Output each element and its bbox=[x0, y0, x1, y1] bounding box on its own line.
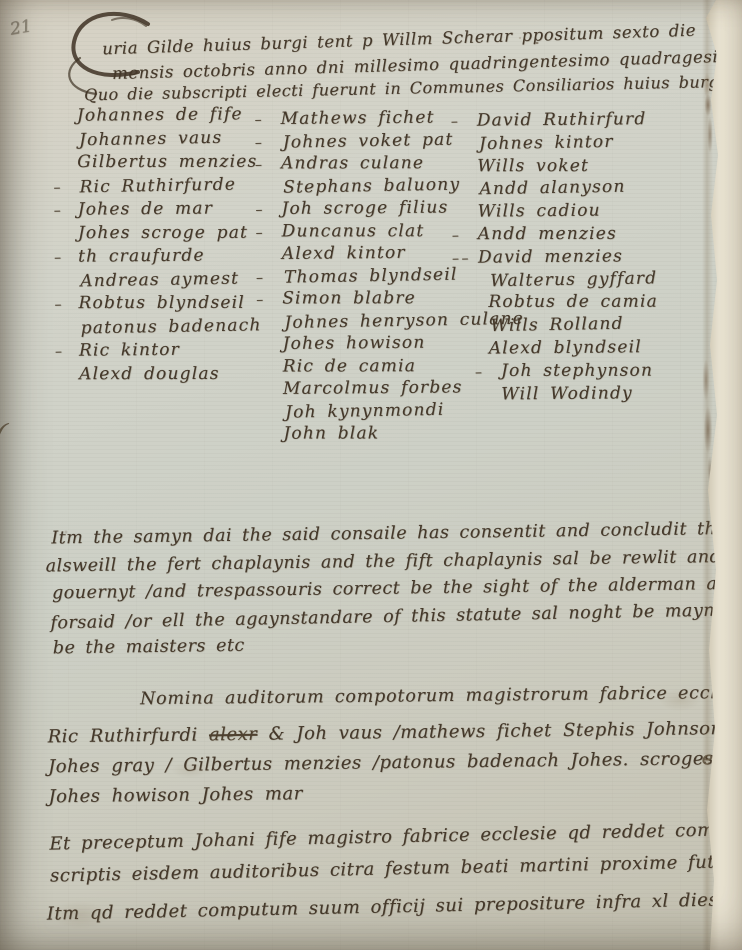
margin-dash: – bbox=[54, 250, 78, 266]
councillor-row: Wills cadiou bbox=[452, 200, 648, 225]
councillor-name: Stephans baluony bbox=[283, 174, 460, 197]
councillor-name: Joh scroge filius bbox=[281, 197, 448, 218]
councillor-name: Walterus gyffard bbox=[490, 268, 657, 291]
councillor-name: Johes howison bbox=[282, 333, 425, 354]
councillor-row: Robtus de camia bbox=[462, 291, 658, 316]
councillor-name: Simon blabre bbox=[282, 288, 416, 308]
margin-dash: – – bbox=[452, 250, 478, 266]
councillor-name: Joh kynynmondi bbox=[285, 399, 445, 422]
councillor-row: Wills voket bbox=[451, 155, 647, 180]
councillor-row: Alexd douglas bbox=[55, 363, 260, 388]
councillor-name: Alexd blyndseil bbox=[489, 337, 642, 358]
councillor-row: – Johes de mar bbox=[54, 198, 259, 223]
councillor-row: – Ric kintor bbox=[55, 339, 260, 364]
councillor-row: Johnes kintor bbox=[451, 132, 647, 157]
councillor-row: Alexd blyndseil bbox=[463, 337, 659, 362]
margin-dash: – bbox=[475, 364, 501, 380]
margin-dash: – bbox=[255, 112, 281, 128]
councillor-name: Thomas blyndseil bbox=[284, 264, 458, 287]
margin-dash: – bbox=[255, 157, 281, 173]
councillor-column-3: – David Ruthirfurd Johnes kintor Wills v… bbox=[451, 109, 649, 407]
councillor-name: Duncanus clat bbox=[282, 221, 425, 241]
councillor-name: Johnes kintor bbox=[479, 132, 614, 154]
councillor-row: – – David menzies bbox=[452, 246, 648, 271]
councillor-name: Robtus blyndseil bbox=[78, 293, 244, 313]
councillor-row: John blak bbox=[257, 422, 523, 447]
auditors-heading: Nomina auditorum compotorum magistrorum … bbox=[140, 683, 742, 709]
torn-page-edge bbox=[702, 0, 742, 950]
councillor-row: patonus badenach bbox=[55, 316, 260, 341]
councillor-name: Ric de camia bbox=[283, 356, 416, 376]
margin-dash: – bbox=[256, 224, 282, 240]
councillor-name: Johannes vaus bbox=[79, 127, 223, 149]
manuscript-photo: 21 uria Gilde huius burgi tent p Willm S… bbox=[0, 0, 742, 950]
councillor-name: David Ruthirfurd bbox=[477, 109, 647, 130]
margin-dash: – bbox=[53, 179, 77, 195]
struck-word: alexr bbox=[209, 724, 258, 746]
councillor-name: Johes scroge pat bbox=[78, 222, 248, 242]
margin-dash: – bbox=[255, 202, 281, 218]
folio-number: 21 bbox=[8, 16, 33, 39]
councillor-name: Johes de mar bbox=[78, 199, 213, 220]
councillor-row: – David Ruthirfurd bbox=[451, 109, 647, 134]
councillor-name: David menzies bbox=[478, 246, 623, 267]
councillor-name: Andd menzies bbox=[478, 224, 617, 244]
margin-dash: – bbox=[54, 203, 78, 219]
councillor-row: – Andd menzies bbox=[452, 223, 648, 248]
councillor-name: Wills voket bbox=[477, 156, 589, 176]
councillor-name: Robtus de camia bbox=[488, 292, 658, 312]
councillor-name: Andd alanyson bbox=[479, 177, 625, 200]
councillor-name: Andreas aymest bbox=[80, 268, 239, 291]
councillor-name: Ric kintor bbox=[79, 340, 180, 361]
councillor-name: Gilbertus menzies bbox=[77, 152, 257, 172]
councillor-name: patonus badenach bbox=[81, 315, 262, 338]
councillor-row: Will Wodindy bbox=[475, 383, 671, 408]
councillor-name: Wills cadiou bbox=[478, 201, 601, 222]
councillor-row: – Ric Ruthirfurde bbox=[53, 175, 258, 200]
councillor-row: Johannes vaus bbox=[53, 128, 258, 153]
councillor-name: Mathews fichet bbox=[281, 108, 435, 129]
councillor-row: Andd alanyson bbox=[451, 178, 647, 203]
councillor-row: Johannes de fife bbox=[53, 104, 258, 129]
councillor-row: Andreas aymest bbox=[54, 269, 259, 294]
councillor-row: – Robtus blyndseil bbox=[54, 292, 259, 317]
councillor-row: Wills Rolland bbox=[463, 314, 659, 339]
statute-paragraph: Itm the samyn dai the said consaile has … bbox=[51, 515, 742, 663]
councillor-row: Walterus gyffard bbox=[462, 269, 658, 294]
margin-dash: – bbox=[256, 269, 282, 285]
margin-dash: – bbox=[451, 114, 477, 130]
councillor-row: Johes scroge pat bbox=[54, 222, 259, 247]
councillor-name: Alexd kintor bbox=[282, 243, 406, 264]
councillor-name: Ric Ruthirfurde bbox=[79, 174, 236, 197]
auditors-paragraph: Ric Ruthirfurdi alexr & Joh vaus /mathew… bbox=[47, 714, 742, 813]
councillor-name: th craufurde bbox=[78, 246, 205, 267]
auditors-line-1-pre: Ric Ruthirfurdi bbox=[48, 724, 210, 747]
councillor-name: Will Wodindy bbox=[501, 383, 633, 404]
councillor-name: Joh stephynson bbox=[501, 360, 653, 380]
councillor-name: Johannes de fife bbox=[77, 104, 243, 125]
councillor-row: – th craufurde bbox=[54, 245, 259, 270]
margin-dash: – bbox=[255, 134, 281, 150]
councillor-row: – Joh stephynson bbox=[475, 360, 671, 385]
left-edge-pen-mark: ( bbox=[0, 417, 10, 449]
councillor-name: Wills Rolland bbox=[490, 314, 623, 336]
councillor-row: Gilbertus menzies bbox=[53, 151, 258, 176]
margin-dash: – bbox=[55, 344, 79, 360]
councillor-column-1: Johannes de fife Johannes vaus Gilbertus… bbox=[53, 104, 260, 388]
councillor-name: Andras culane bbox=[281, 153, 424, 173]
precept-paragraph: Et preceptum Johani fife magistro fabric… bbox=[49, 811, 742, 930]
margin-dash: – bbox=[452, 228, 478, 244]
margin-dash: – bbox=[256, 292, 282, 308]
councillor-name: Marcolmus forbes bbox=[283, 377, 463, 399]
councillor-name: John blak bbox=[283, 423, 379, 443]
auditors-line-1-post: & Joh vaus /mathews fichet Stephis Johns… bbox=[257, 718, 722, 745]
councillor-name: Johnes voket pat bbox=[283, 129, 454, 152]
margin-dash: – bbox=[54, 297, 78, 313]
councillor-name: Alexd douglas bbox=[79, 363, 220, 383]
